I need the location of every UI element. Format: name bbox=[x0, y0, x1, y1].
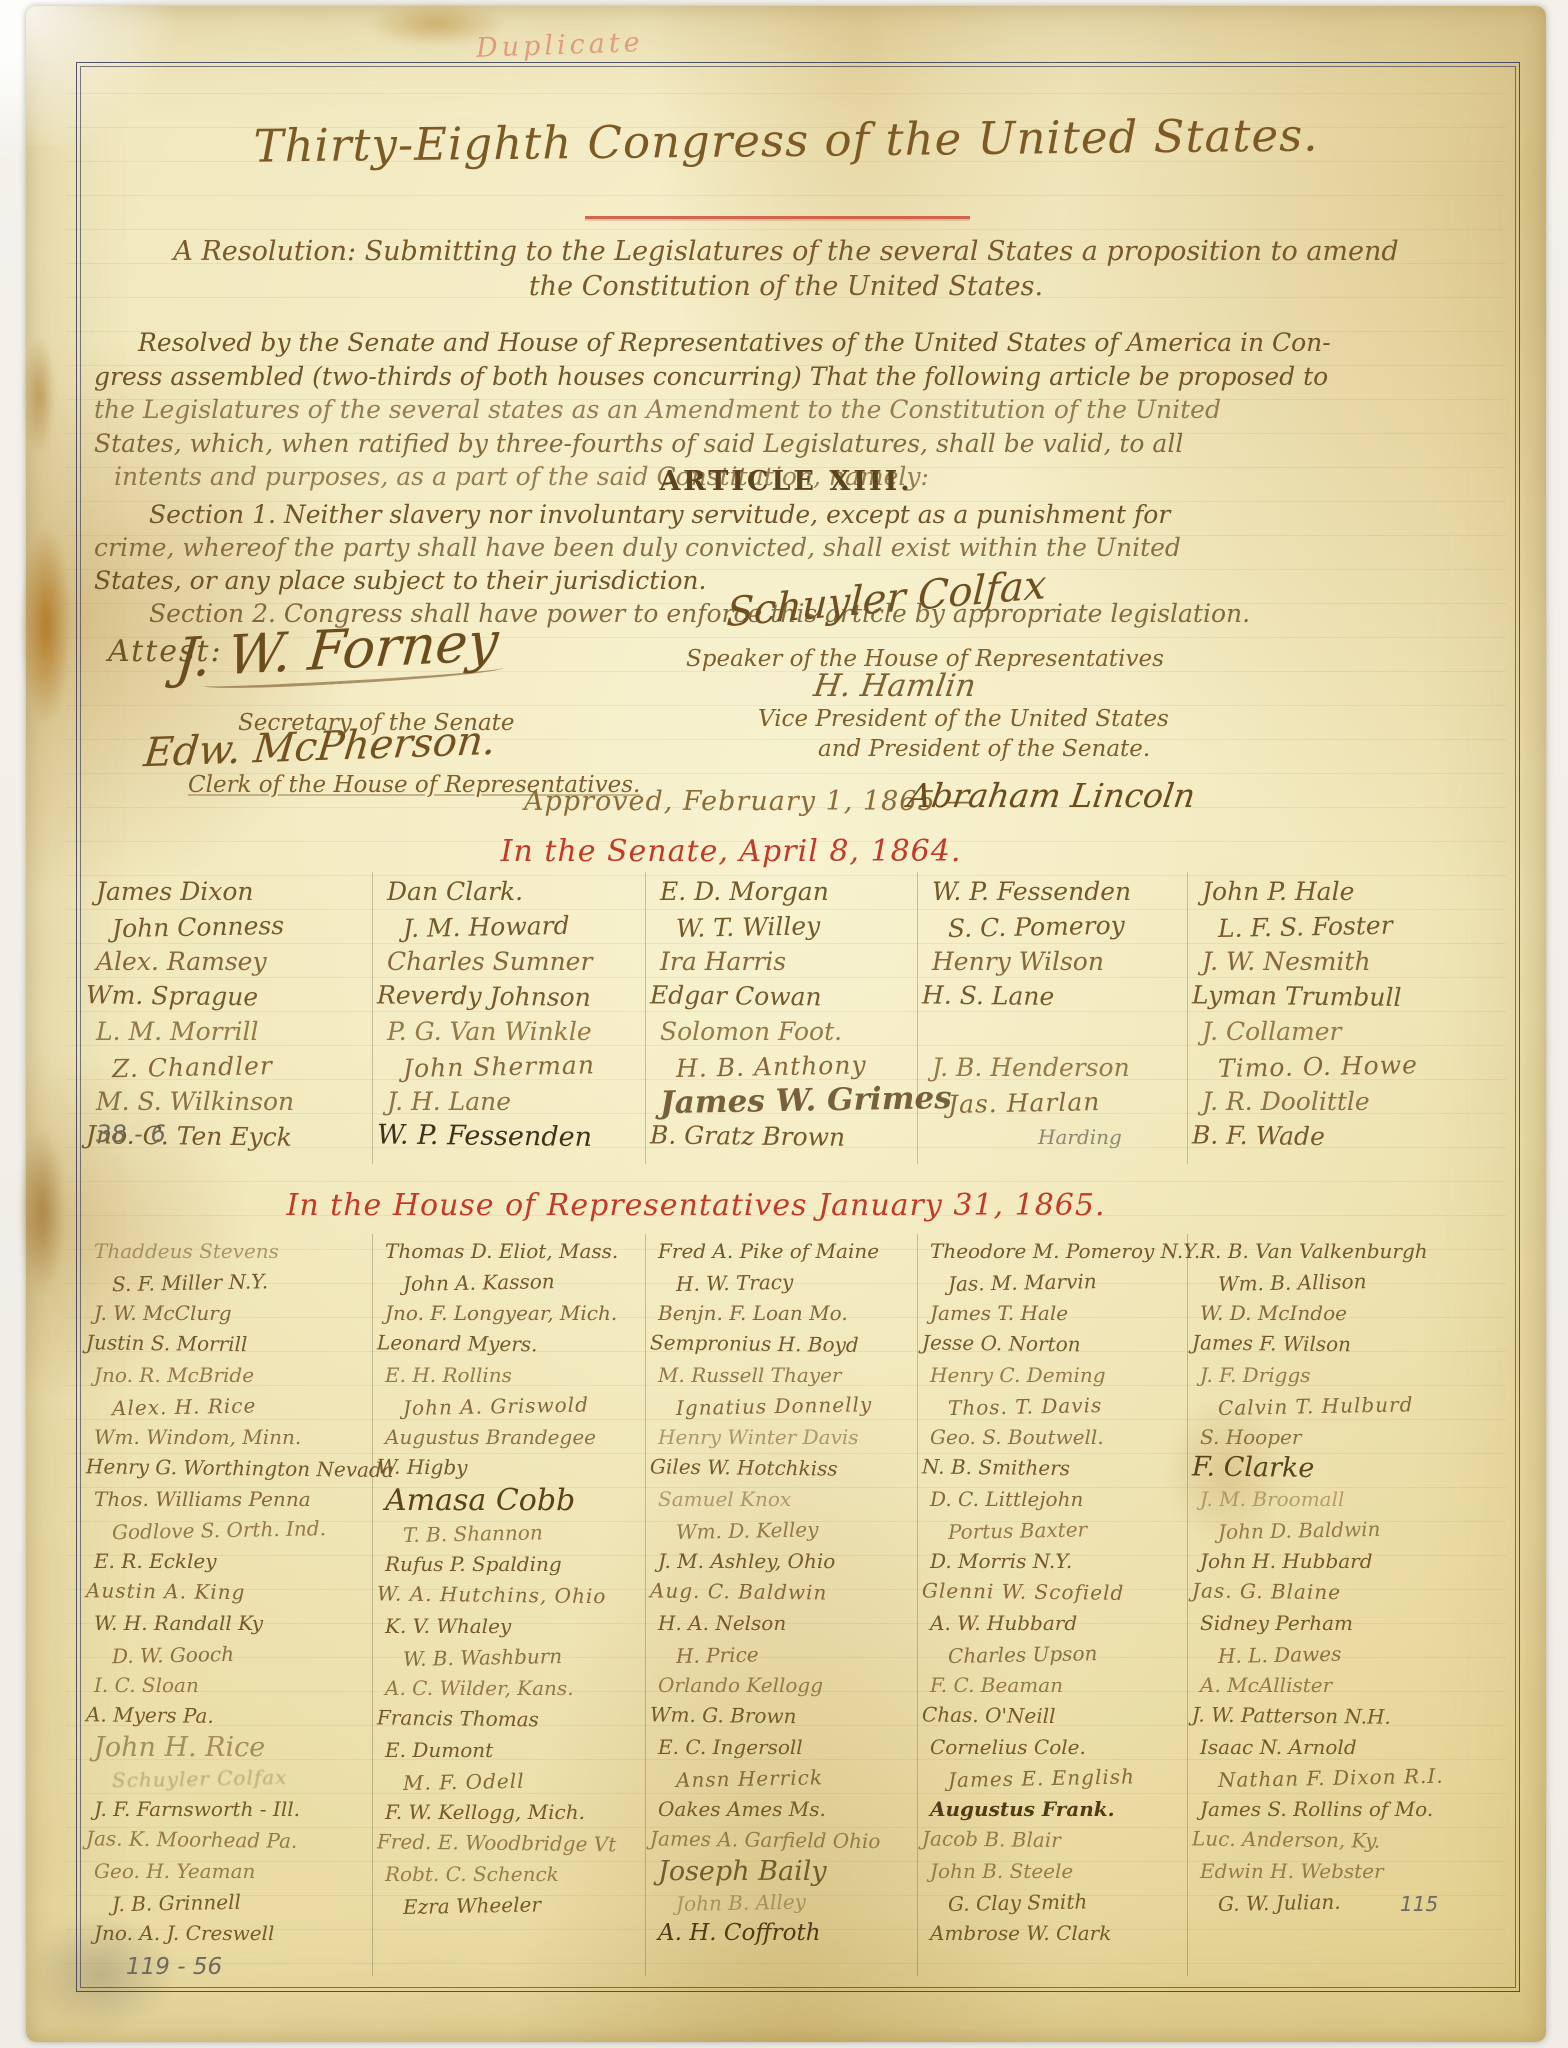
representative-signature: James E. English bbox=[918, 1760, 1188, 1796]
senator-signature: Solomon Foot. bbox=[646, 1014, 917, 1049]
representative-signature: James S. Rollins of Mo. bbox=[1188, 1794, 1459, 1825]
representative-signature: Fred A. Pike of Maine bbox=[646, 1236, 917, 1267]
representative-signature: Thaddeus Stevens bbox=[82, 1236, 372, 1267]
subtitle-line: A Resolution: Submitting to the Legislat… bbox=[86, 234, 1486, 269]
representative-signature: Chas. O'Neill bbox=[918, 1699, 1187, 1733]
senator-signature: J. H. Lane bbox=[373, 1084, 645, 1119]
representative-signature: Justin S. Morrill bbox=[82, 1327, 372, 1362]
house-column-3: Fred A. Pike of MaineH. W. TracyBenjn. F… bbox=[645, 1234, 917, 1976]
duplicate-annotation: Duplicate bbox=[476, 27, 645, 64]
senate-column-3: E. D. MorganW. T. WilleyIra HarrisEdgar … bbox=[645, 872, 917, 1164]
house-column-2: Thomas D. Eliot, Mass.John A. KassonJno.… bbox=[372, 1234, 645, 1976]
representative-signature: J. W. Patterson N.H. bbox=[1188, 1699, 1459, 1733]
representative-signature: Thos. T. Davis bbox=[918, 1388, 1188, 1424]
representative-signature: John H. Rice bbox=[82, 1732, 372, 1763]
representative-signature: Samuel Knox bbox=[646, 1484, 917, 1515]
senator-signature: Dan Clark. bbox=[373, 874, 645, 909]
representative-signature: Giles W. Hotchkiss bbox=[646, 1451, 917, 1485]
representative-signature: Ambrose W. Clark bbox=[918, 1918, 1187, 1949]
representative-signature: Wm. D. Kelley bbox=[646, 1512, 918, 1548]
body-line: gress assembled (two-thirds of both hous… bbox=[94, 360, 1494, 394]
representative-signature: Joseph Baily bbox=[646, 1856, 917, 1887]
representative-signature: Calvin T. Hulburd bbox=[1188, 1388, 1460, 1424]
senator-signature: B. F. Wade bbox=[1188, 1117, 1459, 1155]
title-red-underline bbox=[585, 216, 970, 219]
representative-signature: H. W. Tracy bbox=[646, 1264, 918, 1300]
representative-signature: Jno. A. J. Creswell bbox=[82, 1918, 372, 1949]
representative-signature: Sempronius H. Boyd bbox=[646, 1327, 917, 1361]
ink-stain bbox=[20, 526, 72, 726]
representative-signature: Ignatius Donnelly bbox=[646, 1388, 918, 1424]
representative-signature: A. W. Hubbard bbox=[918, 1608, 1187, 1639]
representative-signature: E. C. Ingersoll bbox=[646, 1732, 917, 1763]
senator-signature: John Conness bbox=[82, 906, 373, 947]
body-line: the Legislatures of the several states a… bbox=[94, 393, 1494, 427]
representative-signature: James T. Hale bbox=[918, 1298, 1187, 1329]
representative-signature: Augustus Frank. bbox=[918, 1794, 1187, 1825]
representative-signature: John A. Kasson bbox=[373, 1264, 646, 1300]
representative-signature: S. Hooper bbox=[1188, 1422, 1459, 1453]
representative-signature: Orlando Kellogg bbox=[646, 1670, 917, 1701]
senator-signature: Lyman Trumbull bbox=[1188, 977, 1459, 1015]
representative-signature: Francis Thomas bbox=[373, 1702, 645, 1736]
house-vote-tally: 119 - 56 bbox=[126, 1954, 222, 1980]
senator-signature: Wm. Sprague bbox=[82, 977, 372, 1016]
senator-signature: H. S. Lane bbox=[918, 977, 1187, 1015]
representative-signature: H. A. Nelson bbox=[646, 1608, 917, 1639]
senator-signature: Timo. O. Howe bbox=[1188, 1046, 1460, 1086]
senate-column-4: W. P. FessendenS. C. PomeroyHenry Wilson… bbox=[917, 872, 1187, 1164]
senate-vote-tally: 38 - 6 bbox=[96, 1120, 166, 1148]
body-line: Resolved by the Senate and House of Repr… bbox=[94, 326, 1494, 360]
representative-signature: Jas. K. Moorhead Pa. bbox=[82, 1823, 372, 1858]
senator-signature: James W. Grimes bbox=[646, 1082, 918, 1122]
house-column-4: Theodore M. Pomeroy N.Y.Jas. M. MarvinJa… bbox=[917, 1234, 1187, 1976]
representative-signature: T. B. Shannon bbox=[373, 1515, 646, 1551]
senator-signature: Alex. Ramsey bbox=[82, 944, 372, 979]
representative-signature: Edwin H. Webster bbox=[1188, 1856, 1459, 1887]
representative-signature: Wm. G. Brown bbox=[646, 1699, 917, 1733]
representative-signature: Luc. Anderson, Ky. bbox=[1188, 1823, 1459, 1857]
representative-signature: Aug. C. Baldwin bbox=[646, 1575, 917, 1609]
representative-signature: Augustus Brandegee bbox=[373, 1422, 645, 1453]
representative-signature: H. L. Dawes bbox=[1188, 1636, 1460, 1672]
representative-signature: Nathan F. Dixon R.I. bbox=[1188, 1760, 1460, 1796]
subtitle-line: the Constitution of the United States. bbox=[86, 269, 1486, 304]
house-column-5: R. B. Van ValkenburghWm. B. AllisonW. D.… bbox=[1187, 1234, 1459, 1976]
representative-signature: Henry C. Deming bbox=[918, 1360, 1187, 1391]
senator-signature: John P. Hale bbox=[1188, 874, 1459, 909]
representative-signature: John B. Steele bbox=[918, 1856, 1187, 1887]
representative-signature: Fred. E. Woodbridge Vt bbox=[373, 1826, 645, 1860]
senator-signature: Reverdy Johnson bbox=[373, 977, 645, 1015]
representative-signature: Austin A. King bbox=[82, 1575, 372, 1610]
hamlin-signature: H. Hamlin bbox=[811, 668, 978, 704]
senate-heading: In the Senate, April 8, 1864. bbox=[26, 834, 1436, 869]
representative-signature: Charles Upson bbox=[918, 1636, 1188, 1672]
representative-signature: Thos. Williams Penna bbox=[82, 1484, 372, 1515]
representative-signature: Isaac N. Arnold bbox=[1188, 1732, 1459, 1763]
senator-signature: Henry Wilson bbox=[918, 944, 1187, 979]
representative-signature: Portus Baxter bbox=[918, 1512, 1188, 1548]
representative-signature: Jas. G. Blaine bbox=[1188, 1575, 1459, 1609]
section-line: crime, whereof the party shall have been… bbox=[94, 531, 1494, 564]
representative-signature: Godlove S. Orth. Ind. bbox=[82, 1512, 373, 1549]
representative-signature: Benjn. F. Loan Mo. bbox=[646, 1298, 917, 1329]
representative-signature: Leonard Myers. bbox=[373, 1327, 645, 1361]
lincoln-signature: Abraham Lincoln bbox=[905, 776, 1197, 815]
representative-signature: W. B. Washburn bbox=[373, 1639, 646, 1675]
representative-signature: Rufus P. Spalding bbox=[373, 1549, 645, 1580]
representative-signature: Jesse O. Norton bbox=[918, 1327, 1187, 1361]
representative-signature: James A. Garfield Ohio bbox=[646, 1823, 917, 1857]
representative-signature: E. H. Rollins bbox=[373, 1360, 645, 1391]
representative-signature: D. C. Littlejohn bbox=[918, 1484, 1187, 1515]
senator-signature: P. G. Van Winkle bbox=[373, 1014, 645, 1049]
representative-signature: N. B. Smithers bbox=[918, 1451, 1187, 1485]
representative-signature: J. B. Grinnell bbox=[82, 1884, 373, 1921]
senator-signature: J. R. Doolittle bbox=[1188, 1084, 1459, 1119]
representative-signature: Oakes Ames Ms. bbox=[646, 1794, 917, 1825]
representative-signature: J. M. Ashley, Ohio bbox=[646, 1546, 917, 1577]
representative-signature: Glenni W. Scofield bbox=[918, 1575, 1187, 1609]
section-line: Section 1. Neither slavery nor involunta… bbox=[94, 498, 1494, 531]
senator-signature: L. M. Morrill bbox=[82, 1014, 372, 1049]
representative-signature: J. F. Driggs bbox=[1188, 1360, 1459, 1391]
senator-signature: Ira Harris bbox=[646, 944, 917, 979]
representative-signature: D. W. Gooch bbox=[82, 1636, 373, 1673]
representative-signature: W. D. McIndoe bbox=[1188, 1298, 1459, 1329]
representative-signature: Amasa Cobb bbox=[373, 1484, 645, 1518]
senator-signature: S. C. Pomeroy bbox=[918, 906, 1188, 946]
representative-signature: Thomas D. Eliot, Mass. bbox=[373, 1236, 645, 1267]
representative-signature: A. C. Wilder, Kans. bbox=[373, 1673, 645, 1704]
representative-signature: A. Myers Pa. bbox=[82, 1699, 372, 1734]
representative-signature: Schuyler Colfax bbox=[82, 1760, 373, 1797]
representative-signature: Theodore M. Pomeroy N.Y. bbox=[918, 1236, 1187, 1267]
representative-signature: Henry G. Worthington Nevada bbox=[82, 1451, 372, 1486]
representative-signature: F. Clarke bbox=[1188, 1451, 1459, 1485]
senator-signature: M. S. Wilkinson bbox=[82, 1084, 372, 1119]
representative-signature: Ansn Herrick bbox=[646, 1760, 918, 1796]
resolution-subtitle: A Resolution: Submitting to the Legislat… bbox=[86, 234, 1486, 304]
representative-signature: I. C. Sloan bbox=[82, 1670, 372, 1701]
representative-signature: James F. Wilson bbox=[1188, 1327, 1459, 1361]
representative-signature: Sidney Perham bbox=[1188, 1608, 1459, 1639]
representative-signature: Alex. H. Rice bbox=[82, 1388, 373, 1425]
senator-signature: W. T. Willey bbox=[646, 906, 918, 946]
senator-signature: Edgar Cowan bbox=[646, 977, 917, 1015]
hamlin-title-line2: and President of the Senate. bbox=[818, 736, 1150, 762]
representative-signature: John B. Alley bbox=[646, 1884, 918, 1920]
representative-signature: E. Dumont bbox=[373, 1735, 645, 1766]
senator-signature: Jas. Harlan bbox=[918, 1082, 1188, 1122]
house-signature-grid: Thaddeus StevensS. F. Miller N.Y.J. W. M… bbox=[82, 1234, 1472, 1976]
representative-signature: Geo. S. Boutwell. bbox=[918, 1422, 1187, 1453]
representative-signature: H. Price bbox=[646, 1636, 918, 1672]
representative-signature: Jno. F. Longyear, Mich. bbox=[373, 1298, 645, 1329]
representative-signature: M. Russell Thayer bbox=[646, 1360, 917, 1391]
representative-signature: G. Clay Smith bbox=[918, 1884, 1188, 1920]
hamlin-title-line1: Vice President of the United States bbox=[758, 706, 1169, 732]
representative-signature: W. H. Randall Ky bbox=[82, 1608, 372, 1639]
senator-signature: J. Collamer bbox=[1188, 1014, 1459, 1049]
senator-signature: E. D. Morgan bbox=[646, 874, 917, 909]
representative-signature: Ezra Wheeler bbox=[373, 1887, 646, 1923]
representative-signature: R. B. Van Valkenburgh bbox=[1188, 1236, 1459, 1267]
representative-signature: Jno. R. McBride bbox=[82, 1360, 372, 1391]
senator-signature: Harding bbox=[918, 1120, 1187, 1155]
representative-signature: Cornelius Cole. bbox=[918, 1732, 1187, 1763]
representative-signature: Geo. H. Yeaman bbox=[82, 1856, 372, 1887]
representative-signature: John H. Hubbard bbox=[1188, 1546, 1459, 1577]
representative-signature: J. M. Broomall bbox=[1188, 1484, 1459, 1515]
body-line: States, which, when ratified by three-fo… bbox=[94, 427, 1494, 461]
senator-signature: W. P. Fessenden bbox=[373, 1117, 645, 1155]
representative-signature: A. H. Coffroth bbox=[646, 1918, 917, 1949]
ink-stain bbox=[22, 336, 56, 456]
senator-signature: J. B. Henderson bbox=[918, 1050, 1187, 1085]
representative-signature: E. R. Eckley bbox=[82, 1546, 372, 1577]
representative-signature: Jas. M. Marvin bbox=[918, 1264, 1188, 1300]
representative-signature: Wm. Windom, Minn. bbox=[82, 1422, 372, 1453]
house-heading: In the House of Representatives January … bbox=[26, 1188, 1366, 1223]
representative-signature: W. Higby bbox=[373, 1451, 645, 1485]
senator-signature: J. M. Howard bbox=[373, 906, 646, 946]
senator-signature: Charles Sumner bbox=[373, 944, 645, 979]
senate-signature-grid: James DixonJohn ConnessAlex. RamseyWm. S… bbox=[82, 872, 1472, 1164]
senator-signature: W. P. Fessenden bbox=[918, 874, 1187, 909]
representative-signature: W. A. Hutchins, Ohio bbox=[373, 1578, 645, 1612]
representative-signature: J. F. Farnsworth - Ill. bbox=[82, 1794, 372, 1825]
senate-column-5: John P. HaleL. F. S. FosterJ. W. Nesmith… bbox=[1187, 872, 1459, 1164]
document-sheet: Duplicate Thirty-Eighth Congress of the … bbox=[26, 6, 1546, 2042]
senator-signature: Z. Chandler bbox=[82, 1046, 373, 1087]
representative-signature: John D. Baldwin bbox=[1188, 1512, 1460, 1548]
representative-signature: M. F. Odell bbox=[373, 1763, 646, 1799]
representative-signature: J. W. McClurg bbox=[82, 1298, 372, 1329]
representative-signature: Robt. C. Schenck bbox=[373, 1859, 645, 1890]
representative-signature: D. Morris N.Y. bbox=[918, 1546, 1187, 1577]
page-number: 115 bbox=[1400, 1892, 1438, 1916]
representative-signature: S. F. Miller N.Y. bbox=[82, 1264, 373, 1301]
representative-signature: F. W. Kellogg, Mich. bbox=[373, 1797, 645, 1828]
senator-signature: L. F. S. Foster bbox=[1188, 906, 1460, 946]
representative-signature: John A. Griswold bbox=[373, 1388, 646, 1424]
senator-signature: B. Gratz Brown bbox=[646, 1117, 917, 1155]
article-heading: ARTICLE XIII. bbox=[26, 466, 1546, 497]
representative-signature: Henry Winter Davis bbox=[646, 1422, 917, 1453]
representative-signature: K. V. Whaley bbox=[373, 1611, 645, 1642]
senator-signature: James Dixon bbox=[82, 874, 372, 909]
representative-signature: Jacob B. Blair bbox=[918, 1823, 1187, 1857]
senator-signature: John Sherman bbox=[373, 1046, 646, 1086]
senator-signature: J. W. Nesmith bbox=[1188, 944, 1459, 979]
representative-signature: Wm. B. Allison bbox=[1188, 1264, 1460, 1300]
representative-signature: F. C. Beaman bbox=[918, 1670, 1187, 1701]
house-column-1: Thaddeus StevensS. F. Miller N.Y.J. W. M… bbox=[82, 1234, 372, 1976]
senate-column-2: Dan Clark.J. M. HowardCharles SumnerReve… bbox=[372, 872, 645, 1164]
representative-signature: A. McAllister bbox=[1188, 1670, 1459, 1701]
